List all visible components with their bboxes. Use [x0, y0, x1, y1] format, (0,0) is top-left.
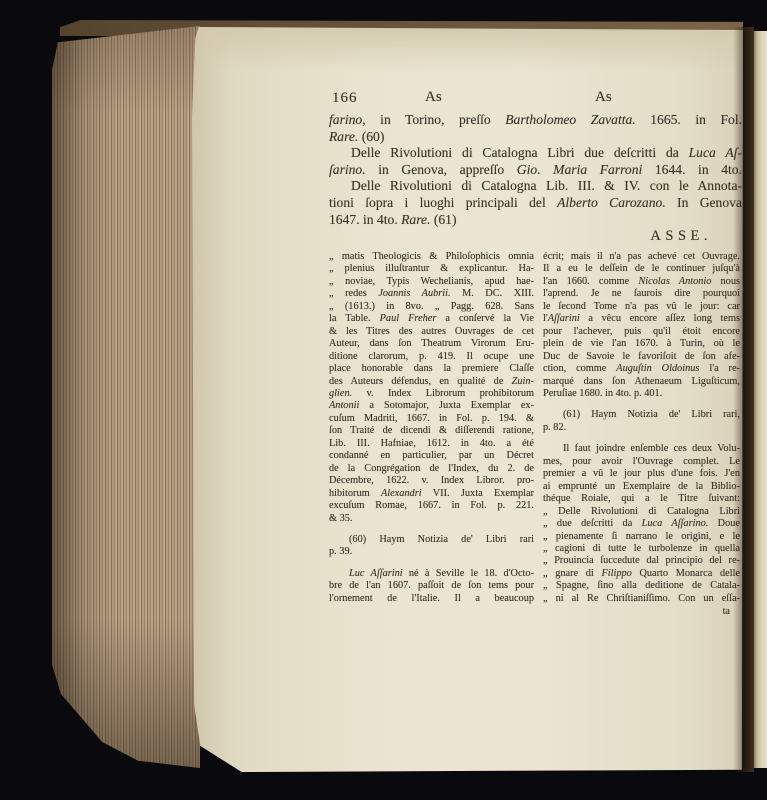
page-folio: 166 — [332, 90, 358, 107]
next-section-catchword: ASSE. — [330, 228, 712, 245]
page-catchword: ta — [543, 606, 740, 618]
text-line: pour l'achever, puis qu'il étoit encore — [543, 326, 740, 338]
gutter-shadow — [733, 27, 754, 772]
text-line: Antonii a Sotomajor, Juxta Exemplar ex- — [329, 400, 534, 412]
text-line: de la Congrégation de l'Index, du 2. de — [329, 463, 534, 475]
text-line: „ gnare di Filippo Quarto Monarca delle — [543, 568, 740, 580]
text-line: ditione clarorum, p. 419. Il ocupe une — [329, 351, 534, 363]
text-line: l'ornement de l'Italie. Il a beaucoup — [329, 593, 534, 605]
text-line: (60) Haym Notizia de' Libri rari — [329, 534, 534, 546]
running-header-right: As — [595, 89, 612, 106]
text-line: (61) Haym Notizia de' Libri rari, — [543, 409, 740, 421]
text-line: ſon Traité de dicendi & diſſerendi ratio… — [329, 425, 534, 437]
text-line: „ pienamente ſi narrano le origini, e le — [543, 531, 740, 543]
text-line: p. 39. — [329, 546, 534, 558]
text-line: des Auteurs défendus, en qualité de Zuin… — [329, 376, 534, 388]
text-line: 1647. in 4to. Rare. (61) — [329, 212, 742, 229]
text-line: „ matis Theologicis & Philoſophicis omni… — [329, 251, 534, 263]
text-line: „ noviae, Typis Wechelianis, apud hae- — [329, 276, 534, 288]
text-line: mes, pour avoir l'Ouvrage complet. Le — [543, 456, 740, 468]
page-text-layer: 166 As As farino, in Torino, preſſo Bart… — [192, 27, 743, 772]
text-line: Il a eu le deſſein de le continuer juſqu… — [543, 263, 740, 275]
text-line: Luc Aſſarini né à Seville le 18. d'Octo- — [329, 568, 534, 580]
text-line: glien. v. Index Librorum prohibitorum — [329, 388, 534, 400]
paragraph: Il faut joindre enſemble ces deux Volu-m… — [543, 443, 740, 605]
facing-page-edge — [754, 31, 767, 768]
text-line: bre de l'an 1607. paſſoit de ſon tems po… — [329, 580, 534, 592]
text-line: „ Spagne, ſino alla deditione de Catala- — [543, 580, 740, 592]
text-line: Il faut joindre enſemble ces deux Volu- — [543, 443, 740, 455]
text-line: excuſum Romae, 1667. in Fol. p. 221. — [329, 500, 534, 512]
text-line: Peruſiae 1680. in 4to. p. 401. — [543, 388, 740, 400]
text-line: & 35. — [329, 513, 534, 525]
text-line: p. 82. — [543, 422, 740, 434]
text-line: Duc de Savoie le favoriſoit de ſon afe- — [543, 351, 740, 363]
text-line: „ cagioni di tutte le turbolenze in quel… — [543, 543, 740, 555]
text-line: „ plenius illuſtrantur & explicantur. Ha… — [329, 263, 534, 275]
text-line: Delle Rivolutioni di Catalogna Libri due… — [329, 145, 742, 162]
text-column-left: „ matis Theologicis & Philoſophicis omni… — [329, 251, 534, 605]
text-line: la Table. Paul Freher a conſervé la Vie — [329, 313, 534, 325]
text-line: écrit; mais il n'a pas achevé cet Ouvrag… — [543, 251, 740, 263]
text-line: „ ni al Re Chriſtianiſſimo. Con un eſſa- — [543, 593, 740, 605]
text-line: le ſecond Tome n'a pas vû le jour: car — [543, 301, 740, 313]
paragraph: „ matis Theologicis & Philoſophicis omni… — [329, 251, 534, 525]
text-line: „ due deſcritti da Luca Aſſarino. Doue — [543, 518, 740, 530]
top-section: farino, in Torino, preſſo Bartholomeo Za… — [329, 112, 742, 228]
text-line: ai emprunté un Exemplaire de la Biblio- — [543, 481, 740, 493]
text-line: Auteur, dans ſon Theatrum Virorum Eru- — [329, 338, 534, 350]
text-line: l'an 1660. comme Nicolas Antonio nous — [543, 276, 740, 288]
text-line: cuſum Madriti, 1667. in Fol. p. 194. & — [329, 413, 534, 425]
text-line: tioni ſopra i luoghi principali del Albe… — [329, 195, 742, 212]
paragraph: (60) Haym Notizia de' Libri rarip. 39. — [329, 534, 534, 559]
text-line: marqué dans ſon Athenaeum Liguſticum, — [543, 376, 740, 388]
text-line: „ redes Joannis Aubrii. M. DC. XIII. — [329, 288, 534, 300]
text-line: „ (1613.) in 8vo. „ Pagg. 628. Sans — [329, 301, 534, 313]
text-line: & les Titres des autres Ouvrages de cet — [329, 326, 534, 338]
text-line: hibitorum Alexandri VII. Juxta Exemplar — [329, 488, 534, 500]
text-line: plein de vie l'an 1670. à Turin, où le — [543, 338, 740, 350]
text-line: premier a vû le jour plus d'une fois. J'… — [543, 468, 740, 480]
text-line: Delle Rivolutioni di Catalogna Lib. III.… — [329, 178, 742, 195]
page-scan-background: 166 As As farino, in Torino, preſſo Bart… — [0, 0, 767, 800]
text-line: condanné en particulier, par un Décret — [329, 450, 534, 462]
paragraph: Luc Aſſarini né à Seville le 18. d'Octo-… — [329, 568, 534, 605]
text-line: farino, in Torino, preſſo Bartholomeo Za… — [329, 112, 742, 129]
text-line: théque Roiale, qui a le Titre ſuivant: — [543, 493, 740, 505]
text-line: Lib. III. Hafniae, 1612. in 4to. a été — [329, 438, 534, 450]
text-line: „ Delle Rivolutioni di Catalogna Libri — [543, 506, 740, 518]
text-line: Rare. (60) — [329, 129, 742, 146]
text-line: Décembre, 1622. v. Index Libror. pro- — [329, 475, 534, 487]
running-header-left: As — [425, 89, 442, 106]
text-line: place honorable dans la premiere Claſſe — [329, 363, 534, 375]
text-line: l'Aſſarini a vêcu encore aſſez long tems — [543, 313, 740, 325]
text-column-right: écrit; mais il n'a pas achevé cet Ouvrag… — [543, 251, 740, 619]
paragraph: écrit; mais il n'a pas achevé cet Ouvrag… — [543, 251, 740, 400]
text-line: ction, comme Auguſtin Oldoinus l'a re- — [543, 363, 740, 375]
text-line: l'aprend. Je ne ſaurois dire pourquoi — [543, 288, 740, 300]
book-page-stack — [52, 26, 200, 768]
paragraph: (61) Haym Notizia de' Libri rari,p. 82. — [543, 409, 740, 434]
text-line: „ Prouincia ſuccedute dal principio del … — [543, 555, 740, 567]
text-line: ſarino. in Genova, appreſſo Gio. Maria F… — [329, 162, 742, 179]
scanned-page: 166 As As farino, in Torino, preſſo Bart… — [192, 27, 743, 772]
